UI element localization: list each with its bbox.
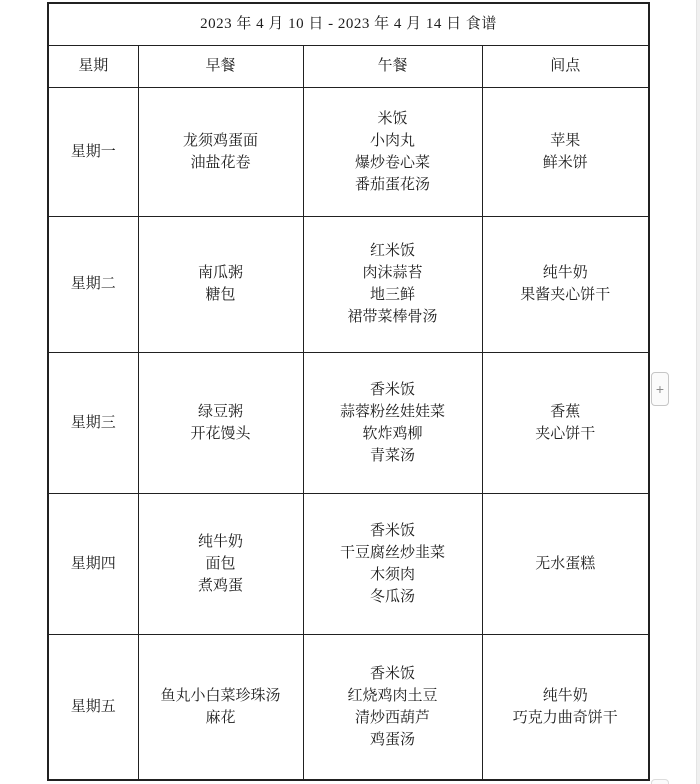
- table-title-row: 2023 年 4 月 10 日 - 2023 年 4 月 14 日 食谱: [48, 3, 649, 45]
- column-header-lunch: 午餐: [303, 45, 482, 87]
- table-row-friday: 星期五 鱼丸小白菜珍珠汤 麻花 香米饭 红烧鸡肉土豆 清炒西葫芦 鸡蛋汤 纯牛奶…: [48, 634, 649, 780]
- day-cell: 星期一: [48, 87, 138, 216]
- table-title: 2023 年 4 月 10 日 - 2023 年 4 月 14 日 食谱: [48, 3, 649, 45]
- snack-cell: 香蕉 夹心饼干: [482, 352, 649, 493]
- lunch-cell: 米饭 小肉丸 爆炒卷心菜 番茄蛋花汤: [303, 87, 482, 216]
- snack-cell: 无水蛋糕: [482, 493, 649, 634]
- breakfast-cell: 纯牛奶 面包 煮鸡蛋: [138, 493, 303, 634]
- table-row-thursday: 星期四 纯牛奶 面包 煮鸡蛋 香米饭 干豆腐丝炒韭菜 木须肉 冬瓜汤 无水蛋糕: [48, 493, 649, 634]
- plus-icon: +: [656, 382, 664, 396]
- table-header-row: 星期 早餐 午餐 间点: [48, 45, 649, 87]
- column-header-breakfast: 早餐: [138, 45, 303, 87]
- lunch-cell: 红米饭 肉沫蒜苔 地三鲜 裙带菜棒骨汤: [303, 216, 482, 352]
- add-button[interactable]: +: [651, 372, 669, 406]
- column-header-day: 星期: [48, 45, 138, 87]
- lunch-cell: 香米饭 红烧鸡肉土豆 清炒西葫芦 鸡蛋汤: [303, 634, 482, 780]
- day-cell: 星期二: [48, 216, 138, 352]
- breakfast-cell: 龙须鸡蛋面 油盐花卷: [138, 87, 303, 216]
- scrollbar-track[interactable]: [696, 0, 700, 784]
- day-cell: 星期三: [48, 352, 138, 493]
- meal-schedule-table: 2023 年 4 月 10 日 - 2023 年 4 月 14 日 食谱 星期 …: [47, 2, 650, 781]
- day-cell: 星期五: [48, 634, 138, 780]
- table-row-tuesday: 星期二 南瓜粥 糖包 红米饭 肉沫蒜苔 地三鲜 裙带菜棒骨汤 纯牛奶 果酱夹心饼…: [48, 216, 649, 352]
- snack-cell: 纯牛奶 巧克力曲奇饼干: [482, 634, 649, 780]
- day-cell: 星期四: [48, 493, 138, 634]
- partial-control-bottom[interactable]: [651, 779, 669, 784]
- snack-cell: 苹果 鲜米饼: [482, 87, 649, 216]
- lunch-cell: 香米饭 蒜蓉粉丝娃娃菜 软炸鸡柳 青菜汤: [303, 352, 482, 493]
- table-row-wednesday: 星期三 绿豆粥 开花馒头 香米饭 蒜蓉粉丝娃娃菜 软炸鸡柳 青菜汤 香蕉 夹心饼…: [48, 352, 649, 493]
- table-row-monday: 星期一 龙须鸡蛋面 油盐花卷 米饭 小肉丸 爆炒卷心菜 番茄蛋花汤 苹果 鲜米饼: [48, 87, 649, 216]
- lunch-cell: 香米饭 干豆腐丝炒韭菜 木须肉 冬瓜汤: [303, 493, 482, 634]
- document-page: 2023 年 4 月 10 日 - 2023 年 4 月 14 日 食谱 星期 …: [0, 0, 700, 784]
- snack-cell: 纯牛奶 果酱夹心饼干: [482, 216, 649, 352]
- breakfast-cell: 南瓜粥 糖包: [138, 216, 303, 352]
- column-header-snack: 间点: [482, 45, 649, 87]
- breakfast-cell: 绿豆粥 开花馒头: [138, 352, 303, 493]
- breakfast-cell: 鱼丸小白菜珍珠汤 麻花: [138, 634, 303, 780]
